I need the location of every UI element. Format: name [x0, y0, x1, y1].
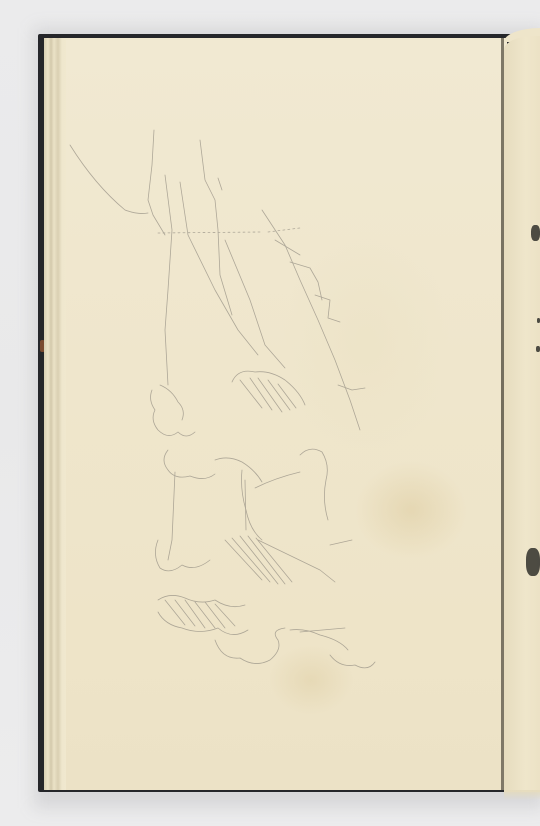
pencil-sketch [0, 0, 540, 826]
